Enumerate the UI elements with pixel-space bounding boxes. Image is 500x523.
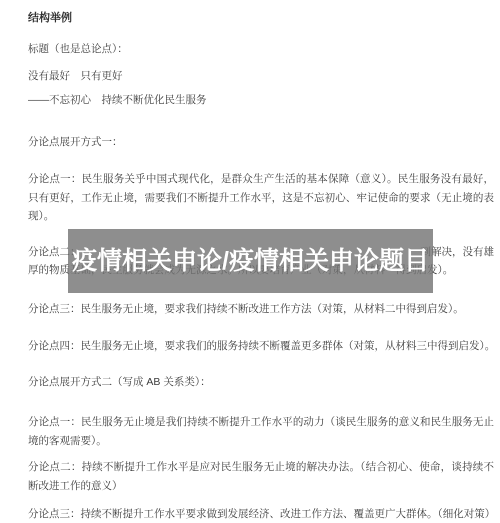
watermark-overlay: 疫情相关申论/疫情相关申论题目 <box>68 229 433 293</box>
mode1-point1-paragraph: 分论点一：民生服务关乎中国式现代化，是群众生产生活的基本保障（意义）。民生服务没… <box>28 170 494 226</box>
watermark-title-text: 疫情相关申论/疫情相关申论题目 <box>68 247 433 275</box>
essay-subtitle: ——不忘初心 持续不断优化民生服务 <box>28 91 494 110</box>
document-page: 结构举例 标题（也是总论点）： 没有最好 只有更好 ——不忘初心 持续不断优化民… <box>0 0 500 523</box>
mode1-point4-paragraph: 分论点四：民生服务无止境，要求我们的服务持续不断覆盖更多群体（对策，从材料三中得… <box>28 337 494 356</box>
mode2-point2-paragraph: 分论点二：持续不断提升工作水平是应对民生服务无止境的解决办法。（结合初心、使命，… <box>28 458 494 495</box>
mode2-point3-paragraph: 分论点三：持续不断提升工作水平要求做到发展经济、改进工作方法、覆盖更广大群体。（… <box>28 505 494 523</box>
mode1-section-label: 分论点展开方式一： <box>28 133 494 152</box>
mode2-point1-paragraph: 分论点一：民生服务无止境是我们持续不断提升工作水平的动力（谈民生服务的意义和民生… <box>28 413 494 450</box>
mode2-section-label: 分论点展开方式二（写成 AB 关系类）： <box>28 373 494 392</box>
mode1-point3-paragraph: 分论点三：民生服务无止境，要求我们持续不断改进工作方法（对策，从材料二中得到启发… <box>28 300 494 319</box>
essay-title: 没有最好 只有更好 <box>28 67 494 86</box>
document-heading: 结构举例 <box>28 9 494 28</box>
title-label: 标题（也是总论点）： <box>28 40 494 59</box>
